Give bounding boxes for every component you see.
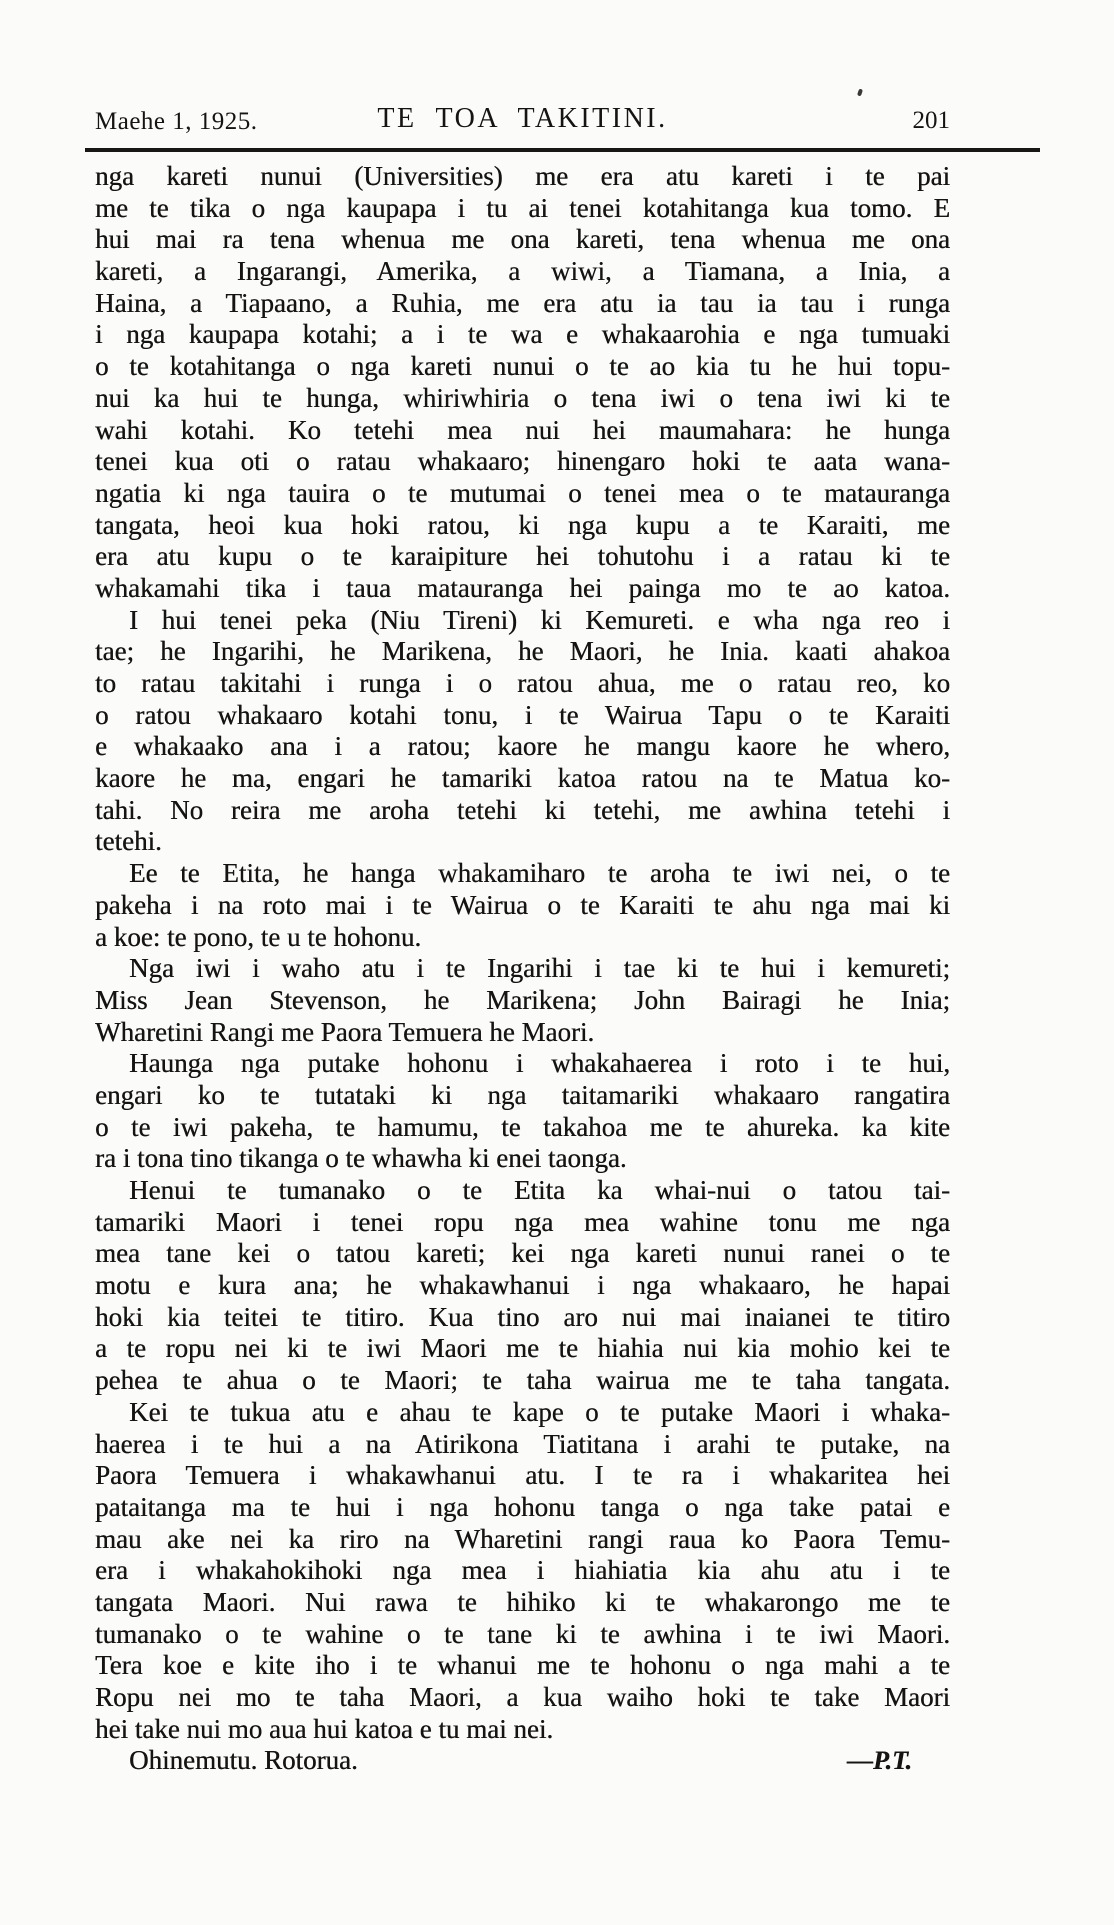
text-line: pehea te ahua o te Maori; te taha wairua… — [95, 1365, 950, 1397]
text-line: tenei kua oti o ratau whakaaro; hinengar… — [95, 446, 950, 478]
paragraph: Ee te Etita, he hanga whakamiharo te aro… — [95, 858, 950, 953]
paragraph: nga kareti nunui (Universities) me era a… — [95, 161, 950, 605]
page-container: Maehe 1, 1925. TE TOA TAKITINI. 201 nga … — [0, 0, 1114, 1925]
text-line: ra i tona tino tikanga o te whawha ki en… — [95, 1143, 950, 1175]
text-line: motu e kura ana; he whakawhanui i nga wh… — [95, 1270, 950, 1302]
text-line: Paora Temuera i whakawhanui atu. I te ra… — [95, 1460, 950, 1492]
page-number: 201 — [95, 107, 950, 135]
text-line: era i whakahokihoki nga mea i hiahiatia … — [95, 1555, 950, 1587]
paragraph: Haunga nga putake hohonu i whakahaerea i… — [95, 1048, 950, 1175]
text-line: hei take nui mo aua hui katoa e tu mai n… — [95, 1714, 950, 1746]
text-line: kaore he ma, engari he tamariki katoa ra… — [95, 763, 950, 795]
text-line: Ropu nei mo te taha Maori, a kua waiho h… — [95, 1682, 950, 1714]
text-line: tangata, heoi kua hoki ratou, ki nga kup… — [95, 510, 950, 542]
text-line: e whakaako ana i a ratou; kaore he mangu… — [95, 731, 950, 763]
text-line: tangata Maori. Nui rawa te hihiko ki te … — [95, 1587, 950, 1619]
text-line: ngatia ki nga tauira o te mutumai o tene… — [95, 478, 950, 510]
text-line: engari ko te tutataki ki nga taitamariki… — [95, 1080, 950, 1112]
text-line: wahi kotahi. Ko tetehi mea nui hei mauma… — [95, 415, 950, 447]
text-line: tae; he Ingarihi, he Marikena, he Maori,… — [95, 636, 950, 668]
text-line: o te iwi pakeha, te hamumu, te takahoa m… — [95, 1112, 950, 1144]
article-body: nga kareti nunui (Universities) me era a… — [95, 161, 950, 1777]
text-line: Kei te tukua atu e ahau te kape o te put… — [95, 1397, 950, 1429]
text-line: Ee te Etita, he hanga whakamiharo te aro… — [95, 858, 950, 890]
text-line: era atu kupu o te karaipiture hei tohuto… — [95, 541, 950, 573]
signature-initials: —P.T. — [847, 1745, 912, 1777]
header-rule-thin — [85, 157, 1040, 159]
text-line: kareti, a Ingarangi, Amerika, a wiwi, a … — [95, 256, 950, 288]
paragraph: Henui te tumanako o te Etita ka whai-nui… — [95, 1175, 950, 1397]
header-rule-thick — [85, 148, 1040, 152]
text-line: mea tane kei o tatou kareti; kei nga kar… — [95, 1238, 950, 1270]
text-line: to ratau takitahi i runga i o ratou ahua… — [95, 668, 950, 700]
text-line: Haunga nga putake hohonu i whakahaerea i… — [95, 1048, 950, 1080]
text-line: hui mai ra tena whenua me ona kareti, te… — [95, 224, 950, 256]
text-line: whakamahi tika i taua matauranga hei pai… — [95, 573, 950, 605]
ink-speck — [857, 89, 863, 97]
text-line: o ratou whakaaro kotahi tonu, i te Wairu… — [95, 700, 950, 732]
paragraph: Kei te tukua atu e ahau te kape o te put… — [95, 1397, 950, 1746]
text-line: tamariki Maori i tenei ropu nga mea wahi… — [95, 1207, 950, 1239]
signature-row: Ohinemutu. Rotorua. —P.T. — [95, 1745, 950, 1777]
text-line: Nga iwi i waho atu i te Ingarihi i tae k… — [95, 953, 950, 985]
body-paragraphs: nga kareti nunui (Universities) me era a… — [95, 161, 950, 1745]
text-line: Wharetini Rangi me Paora Temuera he Maor… — [95, 1017, 950, 1049]
text-line: me te tika o nga kaupapa i tu ai tenei k… — [95, 193, 950, 225]
text-line: Henui te tumanako o te Etita ka whai-nui… — [95, 1175, 950, 1207]
text-line: Tera koe e kite iho i te whanui me te ho… — [95, 1650, 950, 1682]
text-line: nga kareti nunui (Universities) me era a… — [95, 161, 950, 193]
text-line: mau ake nei ka riro na Wharetini rangi r… — [95, 1524, 950, 1556]
text-line: Miss Jean Stevenson, he Marikena; John B… — [95, 985, 950, 1017]
text-line: i nga kaupapa kotahi; a i te wa e whakaa… — [95, 319, 950, 351]
text-line: a te ropu nei ki te iwi Maori me te hiah… — [95, 1333, 950, 1365]
text-line: I hui tenei peka (Niu Tireni) ki Kemuret… — [95, 605, 950, 637]
text-line: hoki kia teitei te titiro. Kua tino aro … — [95, 1302, 950, 1334]
text-line: haerea i te hui a na Atirikona Tiatitana… — [95, 1429, 950, 1461]
text-line: pakeha i na roto mai i te Wairua o te Ka… — [95, 890, 950, 922]
text-line: tahi. No reira me aroha tetehi ki tetehi… — [95, 795, 950, 827]
paragraph: I hui tenei peka (Niu Tireni) ki Kemuret… — [95, 605, 950, 859]
text-line: tumanako o te wahine o te tane ki te awh… — [95, 1619, 950, 1651]
text-line: o te kotahitanga o nga kareti nunui o te… — [95, 351, 950, 383]
paragraph: Nga iwi i waho atu i te Ingarihi i tae k… — [95, 953, 950, 1048]
text-line: nui ka hui te hunga, whiriwhiria o tena … — [95, 383, 950, 415]
text-line: Haina, a Tiapaano, a Ruhia, me era atu i… — [95, 288, 950, 320]
signature-place: Ohinemutu. Rotorua. — [129, 1745, 358, 1777]
text-line: tetehi. — [95, 826, 950, 858]
text-line: pataitanga ma te hui i nga hohonu tanga … — [95, 1492, 950, 1524]
text-line: a koe: te pono, te u te hohonu. — [95, 922, 950, 954]
